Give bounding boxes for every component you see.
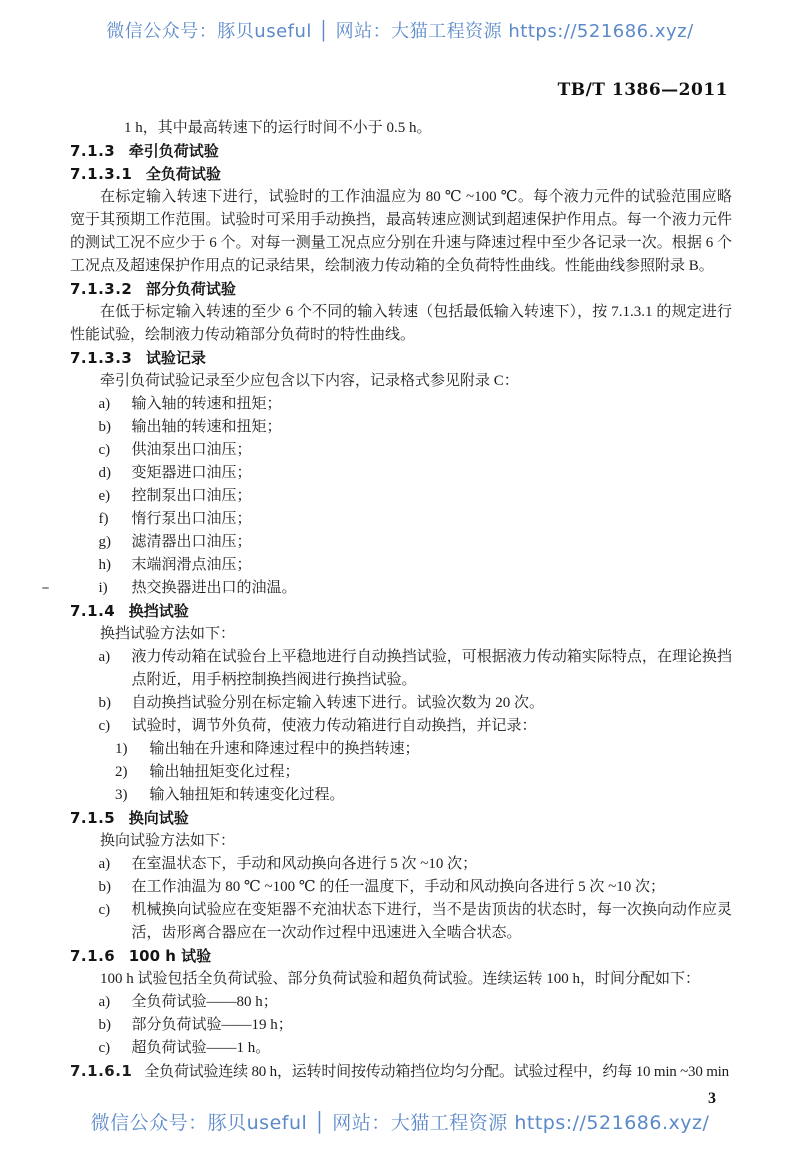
section-number: 7.1.5	[70, 809, 115, 827]
paragraph: 换向试验方法如下：	[70, 830, 732, 853]
list-item-label: b)	[99, 692, 132, 715]
list-item-b: b)自动换挡试验分别在标定输入转速下进行。试验次数为 20 次。	[70, 692, 732, 715]
list-item-text: 输出轴的转速和扭矩；	[132, 416, 733, 439]
standard-number: TB/T 1386—2011	[558, 80, 728, 100]
list-item-c: c)机械换向试验应在变矩器不充油状态下进行，当不是齿顶齿的状态时，每一次换向动作…	[70, 899, 732, 945]
section-number: 7.1.6	[70, 947, 115, 965]
list-item-i: i)热交换器进出口的油温。	[70, 577, 732, 600]
list-item-text: 超负荷试验——1 h。	[132, 1037, 733, 1060]
page-number: 3	[708, 1090, 716, 1108]
list-item-g: g)滤清器出口油压；	[70, 531, 732, 554]
paragraph: 在标定输入转速下进行，试验时的工作油温应为 80 ℃ ~100 ℃。每个液力元件…	[70, 186, 732, 278]
list-item-text: 控制泵出口油压；	[132, 485, 733, 508]
list-item-1: 1)输出轴在升速和降速过程中的换挡转速；	[70, 738, 732, 761]
continued-paragraph: 1 h，其中最高转速下的运行时间不小于 0.5 h。	[70, 117, 732, 140]
scan-artifact	[42, 587, 49, 589]
section-title: 全负荷试验	[146, 165, 221, 183]
list-item-text: 自动换挡试验分别在标定输入转速下进行。试验次数为 20 次。	[132, 692, 733, 715]
list-item-f: f)惰行泵出口油压；	[70, 508, 732, 531]
list-item-a: a)全负荷试验——80 h；	[70, 991, 732, 1014]
clause-7.1.6.1: 7.1.6.1全负荷试验连续 80 h，运转时间按传动箱挡位均匀分配。试验过程中…	[70, 1060, 732, 1084]
list-item-text: 在室温状态下，手动和风动换向各进行 5 次 ~10 次；	[132, 853, 733, 876]
section-number: 7.1.4	[70, 602, 115, 620]
list-item-b: b)输出轴的转速和扭矩；	[70, 416, 732, 439]
section-title: 100 h 试验	[129, 947, 211, 965]
list-item-text: 变矩器进口油压；	[132, 462, 733, 485]
section-title: 牵引负荷试验	[129, 142, 219, 160]
list-item-label: b)	[99, 1014, 132, 1037]
section-title: 换向试验	[129, 809, 189, 827]
section-heading-7.1.3: 7.1.3牵引负荷试验	[70, 140, 732, 163]
list-item-label: a)	[99, 991, 132, 1014]
list-item-label: 2)	[115, 761, 150, 784]
list-item-text: 输出轴扭矩变化过程；	[150, 761, 733, 784]
clause-text: 全负荷试验连续 80 h，运转时间按传动箱挡位均匀分配。试验过程中，约每 10 …	[144, 1064, 729, 1080]
section-title: 试验记录	[146, 349, 206, 367]
list-item-label: c)	[99, 899, 132, 945]
document-body: 1 h，其中最高转速下的运行时间不小于 0.5 h。7.1.3牵引负荷试验7.1…	[70, 117, 732, 1084]
section-number: 7.1.3.3	[70, 349, 132, 367]
section-heading-7.1.3.3: 7.1.3.3试验记录	[70, 347, 732, 370]
list-item-text: 试验时，调节外负荷，使液力传动箱进行自动换挡，并记录：	[132, 715, 733, 738]
list-item-label: a)	[99, 853, 132, 876]
list-item-b: b)部分负荷试验——19 h；	[70, 1014, 732, 1037]
list-item-a: a)液力传动箱在试验台上平稳地进行自动换挡试验，可根据液力传动箱实际特点，在理论…	[70, 646, 732, 692]
list-item-a: a)在室温状态下，手动和风动换向各进行 5 次 ~10 次；	[70, 853, 732, 876]
list-item-e: e)控制泵出口油压；	[70, 485, 732, 508]
list-item-text: 在工作油温为 80 ℃ ~100 ℃ 的任一温度下，手动和风动换向各进行 5 次…	[132, 876, 733, 899]
paragraph: 在低于标定输入转速的至少 6 个不同的输入转速（包括最低输入转速下），按 7.1…	[70, 301, 732, 347]
list-item-2: 2)输出轴扭矩变化过程；	[70, 761, 732, 784]
section-heading-7.1.5: 7.1.5换向试验	[70, 807, 732, 830]
list-item-label: h)	[99, 554, 132, 577]
list-item-text: 输入轴的转速和扭矩；	[132, 393, 733, 416]
list-item-a: a)输入轴的转速和扭矩；	[70, 393, 732, 416]
section-heading-7.1.3.1: 7.1.3.1全负荷试验	[70, 163, 732, 186]
list-item-text: 输入轴扭矩和转速变化过程。	[150, 784, 733, 807]
list-item-text: 末端润滑点油压；	[132, 554, 733, 577]
section-heading-7.1.4: 7.1.4换挡试验	[70, 600, 732, 623]
clause-number: 7.1.6.1	[70, 1062, 132, 1080]
list-item-label: c)	[99, 439, 132, 462]
list-item-c: c)供油泵出口油压；	[70, 439, 732, 462]
list-item-text: 惰行泵出口油压；	[132, 508, 733, 531]
list-item-label: b)	[99, 876, 132, 899]
list-item-text: 全负荷试验——80 h；	[132, 991, 733, 1014]
list-item-label: i)	[99, 577, 132, 600]
paragraph: 牵引负荷试验记录至少应包含以下内容，记录格式参见附录 C：	[70, 370, 732, 393]
list-item-label: a)	[99, 393, 132, 416]
list-item-label: 1)	[115, 738, 150, 761]
list-item-text: 热交换器进出口的油温。	[132, 577, 733, 600]
watermark-top: 微信公众号：豚贝useful │ 网站：大猫工程资源 https://52168…	[0, 17, 800, 43]
list-item-b: b)在工作油温为 80 ℃ ~100 ℃ 的任一温度下，手动和风动换向各进行 5…	[70, 876, 732, 899]
list-item-label: a)	[99, 646, 132, 692]
list-item-h: h)末端润滑点油压；	[70, 554, 732, 577]
list-item-label: e)	[99, 485, 132, 508]
list-item-text: 液力传动箱在试验台上平稳地进行自动换挡试验，可根据液力传动箱实际特点，在理论换挡…	[132, 646, 733, 692]
paragraph: 换挡试验方法如下：	[70, 623, 732, 646]
list-item-text: 供油泵出口油压；	[132, 439, 733, 462]
section-number: 7.1.3	[70, 142, 115, 160]
list-item-text: 机械换向试验应在变矩器不充油状态下进行，当不是齿顶齿的状态时，每一次换向动作应灵…	[132, 899, 733, 945]
list-item-3: 3)输入轴扭矩和转速变化过程。	[70, 784, 732, 807]
section-number: 7.1.3.2	[70, 280, 132, 298]
section-title: 部分负荷试验	[146, 280, 236, 298]
list-item-label: c)	[99, 715, 132, 738]
section-heading-7.1.3.2: 7.1.3.2部分负荷试验	[70, 278, 732, 301]
list-item-c: c)超负荷试验——1 h。	[70, 1037, 732, 1060]
list-item-label: c)	[99, 1037, 132, 1060]
list-item-label: 3)	[115, 784, 150, 807]
list-item-d: d)变矩器进口油压；	[70, 462, 732, 485]
list-item-label: d)	[99, 462, 132, 485]
paragraph: 100 h 试验包括全负荷试验、部分负荷试验和超负荷试验。连续运转 100 h，…	[70, 968, 732, 991]
section-title: 换挡试验	[129, 602, 189, 620]
list-item-text: 滤清器出口油压；	[132, 531, 733, 554]
section-number: 7.1.3.1	[70, 165, 132, 183]
list-item-c: c)试验时，调节外负荷，使液力传动箱进行自动换挡，并记录：	[70, 715, 732, 738]
list-item-text: 输出轴在升速和降速过程中的换挡转速；	[150, 738, 733, 761]
list-item-label: b)	[99, 416, 132, 439]
document-page: 微信公众号：豚贝useful │ 网站：大猫工程资源 https://52168…	[0, 0, 800, 1168]
list-item-label: f)	[99, 508, 132, 531]
list-item-text: 部分负荷试验——19 h；	[132, 1014, 733, 1037]
watermark-bottom: 微信公众号：豚贝useful │ 网站：大猫工程资源 https://52168…	[0, 1108, 800, 1135]
section-heading-7.1.6: 7.1.6100 h 试验	[70, 945, 732, 968]
list-item-label: g)	[99, 531, 132, 554]
